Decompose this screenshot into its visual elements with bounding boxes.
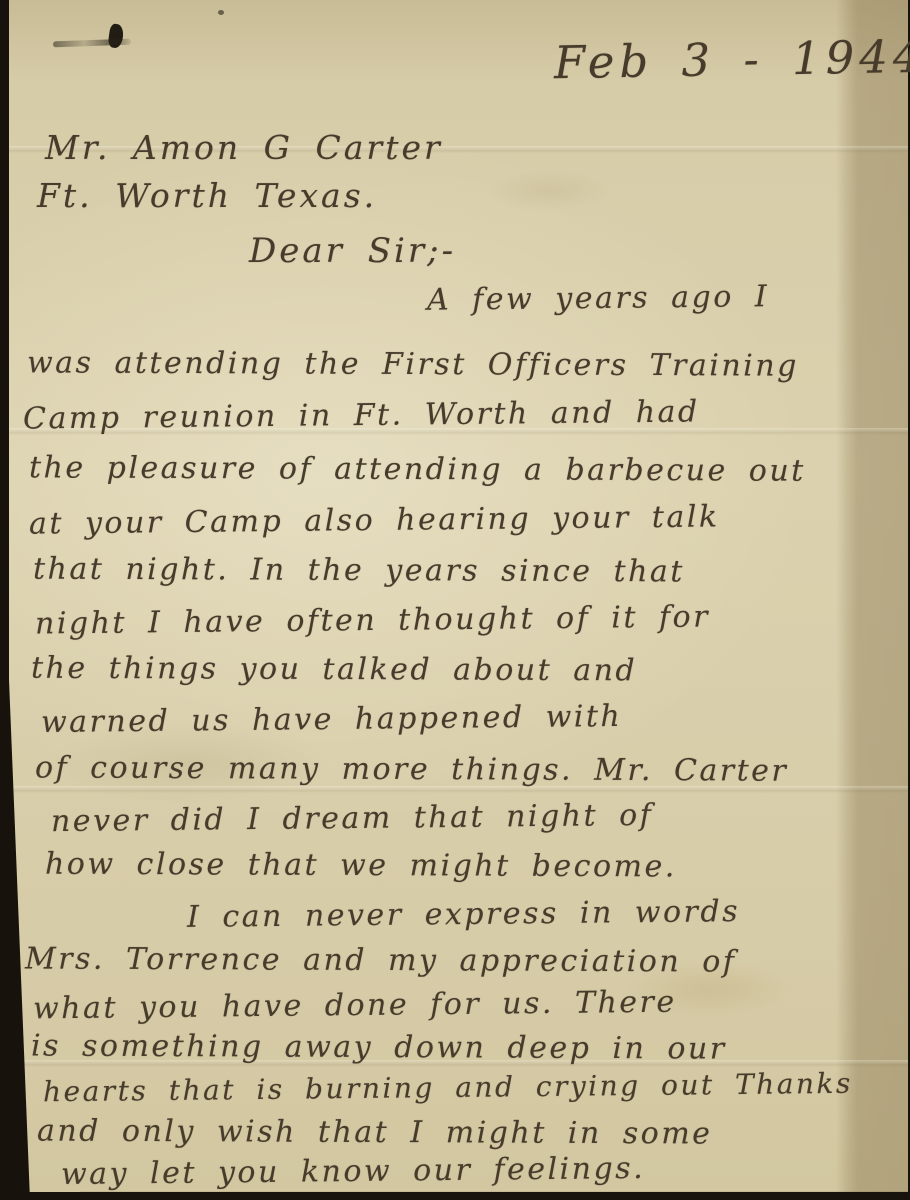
letter-line: and only wish that I might in some	[37, 1114, 713, 1152]
paper-right-edge-shade	[836, 0, 908, 1192]
letter-line: is something away down deep in our	[31, 1028, 727, 1066]
letter-line: how close that we might become.	[45, 847, 677, 885]
letter-date: Feb 3 - 1944	[554, 30, 910, 89]
letter-line: at your Camp also hearing your talk	[29, 499, 720, 541]
letter-line: warned us have happened with	[41, 699, 623, 740]
letter-line: I can never express in words	[187, 894, 740, 935]
recipient-location: Ft. Worth Texas.	[37, 176, 377, 215]
letter-line: was attending the First Officers Trainin…	[27, 345, 799, 383]
letter-line: that night. In the years since that	[33, 552, 685, 590]
recipient-name: Mr. Amon G Carter	[45, 128, 443, 167]
letter-line: the things you talked about and	[31, 651, 637, 689]
letter-line: night I have often thought of it for	[35, 599, 710, 641]
scanner-edge-bottom	[80, 1191, 910, 1200]
scanned-letter-page: Feb 3 - 1944 Mr. Amon G Carter Ft. Worth…	[0, 0, 910, 1200]
letter-line: the pleasure of attending a barbecue out	[29, 450, 806, 488]
salutation: Dear Sir;-	[249, 231, 456, 271]
letter-line: never did I dream that night of	[51, 798, 654, 839]
letter-line: what you have done for us. There	[33, 985, 677, 1027]
letter-line: A few years ago I	[427, 279, 770, 318]
letter-line: Camp reunion in Ft. Worth and had	[23, 394, 700, 436]
letter-line: Mrs. Torrence and my appreciation of	[25, 941, 737, 979]
letter-line: of course many more things. Mr. Carter	[35, 750, 788, 788]
paper-sheet: Feb 3 - 1944 Mr. Amon G Carter Ft. Worth…	[9, 0, 908, 1192]
letter-line: way let you know our feelings.	[61, 1151, 645, 1192]
ink-smudge	[218, 10, 224, 15]
